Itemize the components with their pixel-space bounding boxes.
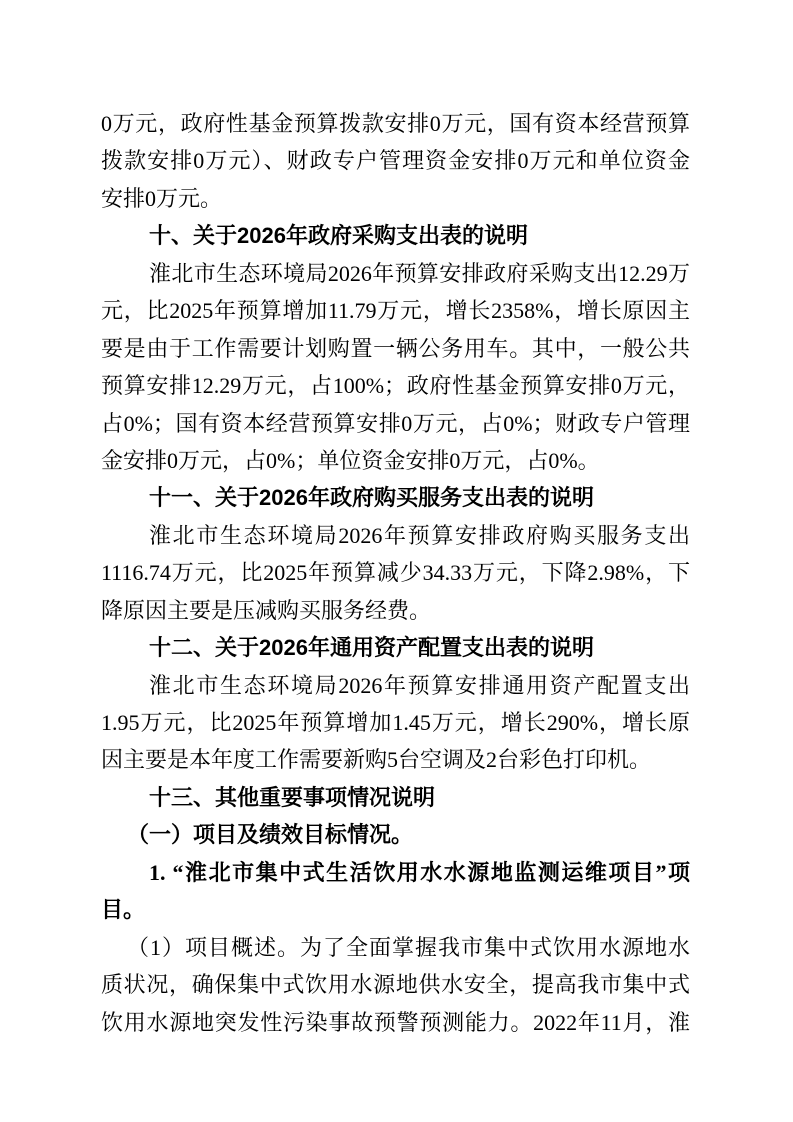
paragraph-line: 元，比2025年预算增加11.79万元，增长2358%，增长原因主 [101,292,690,329]
paragraph-line: 1116.74万元，比2025年预算减少34.33万元，下降2.98%，下 [101,554,690,591]
paragraph-line: 质状况，确保集中式饮用水源地供水安全，提高我市集中式 [101,966,690,1003]
paragraph-line: 占0%；国有资本经营预算安排0万元，占0%；财政专户管理资 [101,405,690,442]
section-heading-13: 十三、其他重要事项情况说明 [101,779,690,816]
subsection-heading: （一）项目及绩效目标情况。 [101,816,690,853]
paragraph-line: 0万元，政府性基金预算拨款安排0万元，国有资本经营预算 [101,105,690,142]
section-heading-10: 十、关于2026年政府采购支出表的说明 [101,217,690,254]
paragraph-line: 要是由于工作需要计划购置一辆公务用车。其中，一般公共 [101,330,690,367]
paragraph-line: 因主要是本年度工作需要新购5台空调及2台彩色打印机。 [101,741,690,778]
section-heading-12: 十二、关于2026年通用资产配置支出表的说明 [101,629,690,666]
paragraph-line: 预算安排12.29万元，占100%；政府性基金预算安排0万元， [101,367,690,404]
project-title-line: 目。 [101,891,690,928]
paragraph-line: 拨款安排0万元）、财政专户管理资金安排0万元和单位资金 [101,142,690,179]
paragraph-line: 安排0万元。 [101,180,690,217]
paragraph-line: 淮北市生态环境局2026年预算安排政府购买服务支出 [101,517,690,554]
paragraph-line: 1.95万元，比2025年预算增加1.45万元，增长290%，增长原 [101,704,690,741]
section-heading-11: 十一、关于2026年政府购买服务支出表的说明 [101,479,690,516]
paragraph-line: （1）项目概述。为了全面掌握我市集中式饮用水源地水 [101,929,690,966]
paragraph-line: 降原因主要是压减购买服务经费。 [101,592,690,629]
paragraph-line: 饮用水源地突发性污染事故预警预测能力。2022年11月，淮 [101,1004,690,1041]
paragraph-line: 淮北市生态环境局2026年预算安排通用资产配置支出 [101,667,690,704]
paragraph-line: 金安排0万元，占0%；单位资金安排0万元，占0%。 [101,442,690,479]
paragraph-line: 淮北市生态环境局2026年预算安排政府采购支出12.29万 [101,255,690,292]
document-page: 0万元，政府性基金预算拨款安排0万元，国有资本经营预算 拨款安排0万元）、财政专… [0,0,793,1122]
project-title-line: 1. “淮北市集中式生活饮用水水源地监测运维项目”项 [101,854,690,891]
document-text-block: 0万元，政府性基金预算拨款安排0万元，国有资本经营预算 拨款安排0万元）、财政专… [101,105,690,1041]
